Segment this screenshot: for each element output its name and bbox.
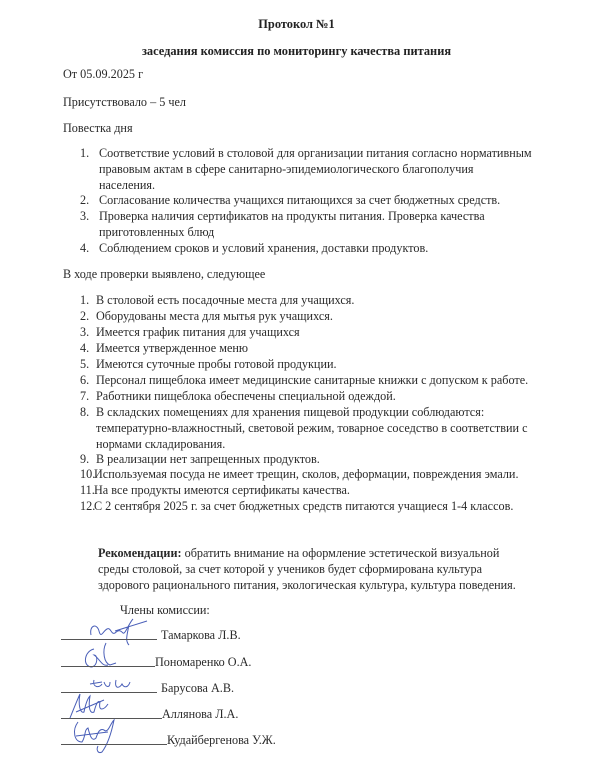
list-number: 10. [80, 467, 95, 483]
recommendations-label: Рекомендации: [98, 546, 182, 560]
list-text: Проверка наличия сертификатов на продукт… [99, 209, 485, 225]
list-text: Согласование количества учащихся питающи… [99, 193, 500, 209]
attendance-line: Присутствовало – 5 чел [63, 95, 186, 110]
recommendations-text: среды столовой, за счет которой у ученик… [98, 562, 516, 578]
date-line: От 05.09.2025 г [63, 67, 143, 82]
list-text: Персонал пищеблока имеет медицинские сан… [96, 373, 528, 389]
list-text: В реализации нет запрещенных продуктов. [96, 452, 320, 468]
list-text: нормами складирования. [96, 437, 528, 453]
list-text: Имеются суточные пробы готовой продукции… [96, 357, 337, 373]
list-text: Имеется утвержденное меню [96, 341, 248, 357]
signature-line [61, 744, 167, 745]
findings-heading: В ходе проверки выявлено, следующее [63, 267, 265, 282]
list-text: населения. [99, 178, 532, 194]
list-text: Работники пищеблока обеспечены специальн… [96, 389, 396, 405]
list-text: температурно-влажностный, световой режим… [96, 421, 528, 437]
list-number: 4. [80, 241, 89, 257]
list-text: правовым актам в сфере санитарно-эпидеми… [99, 162, 532, 178]
list-number: 6. [80, 373, 89, 389]
list-number: 3. [80, 209, 89, 225]
list-number: 8. [80, 405, 89, 421]
member-name: Тамаркова Л.В. [161, 628, 241, 643]
list-text: Соблюдением сроков и условий хранения, д… [99, 241, 428, 257]
document-title: Протокол №1 [0, 17, 593, 32]
list-number: 9. [80, 452, 89, 468]
list-text: Оборудованы места для мытья рук учащихся… [96, 309, 333, 325]
list-number: 1. [80, 293, 89, 309]
list-number: 12. [80, 499, 95, 515]
list-text: приготовленных блюд [99, 225, 485, 241]
recommendations-text: здорового рационального питания, экологи… [98, 578, 516, 594]
list-text: В столовой есть посадочные места для уча… [96, 293, 354, 309]
list-number: 4. [80, 341, 89, 357]
list-number: 1. [80, 146, 89, 162]
list-text: Имеется график питания для учащихся [96, 325, 300, 341]
list-text: С 2 сентября 2025 г. за счет бюджетных с… [94, 499, 513, 515]
list-number: 3. [80, 325, 89, 341]
list-number: 11. [80, 483, 95, 499]
signature-line [61, 666, 155, 667]
member-name: Аллянова Л.А. [162, 707, 238, 722]
recommendations: Рекомендации: обратить внимание на оформ… [98, 546, 516, 593]
list-number: 2. [80, 309, 89, 325]
list-text: На все продукты имеются сертификаты каче… [94, 483, 350, 499]
member-name: Барусова А.В. [161, 681, 234, 696]
list-number: 5. [80, 357, 89, 373]
member-name: Кудайбергенова У.Ж. [167, 733, 276, 748]
commission-heading: Члены комиссии: [120, 603, 210, 618]
document-subtitle: заседания комиссия по мониторингу качест… [0, 44, 593, 59]
list-number: 7. [80, 389, 89, 405]
member-name: Пономаренко О.А. [155, 655, 251, 670]
list-text: Соответствие условий в столовой для орга… [99, 146, 532, 162]
list-text: В складских помещениях для хранения пище… [96, 405, 528, 421]
agenda-heading: Повестка дня [63, 121, 133, 136]
list-number: 2. [80, 193, 89, 209]
signature-line [61, 639, 157, 640]
recommendations-text: обратить внимание на оформление эстетиче… [182, 546, 500, 560]
list-text: Используемая посуда не имеет трещин, ско… [94, 467, 519, 483]
signature-icon [68, 716, 128, 756]
